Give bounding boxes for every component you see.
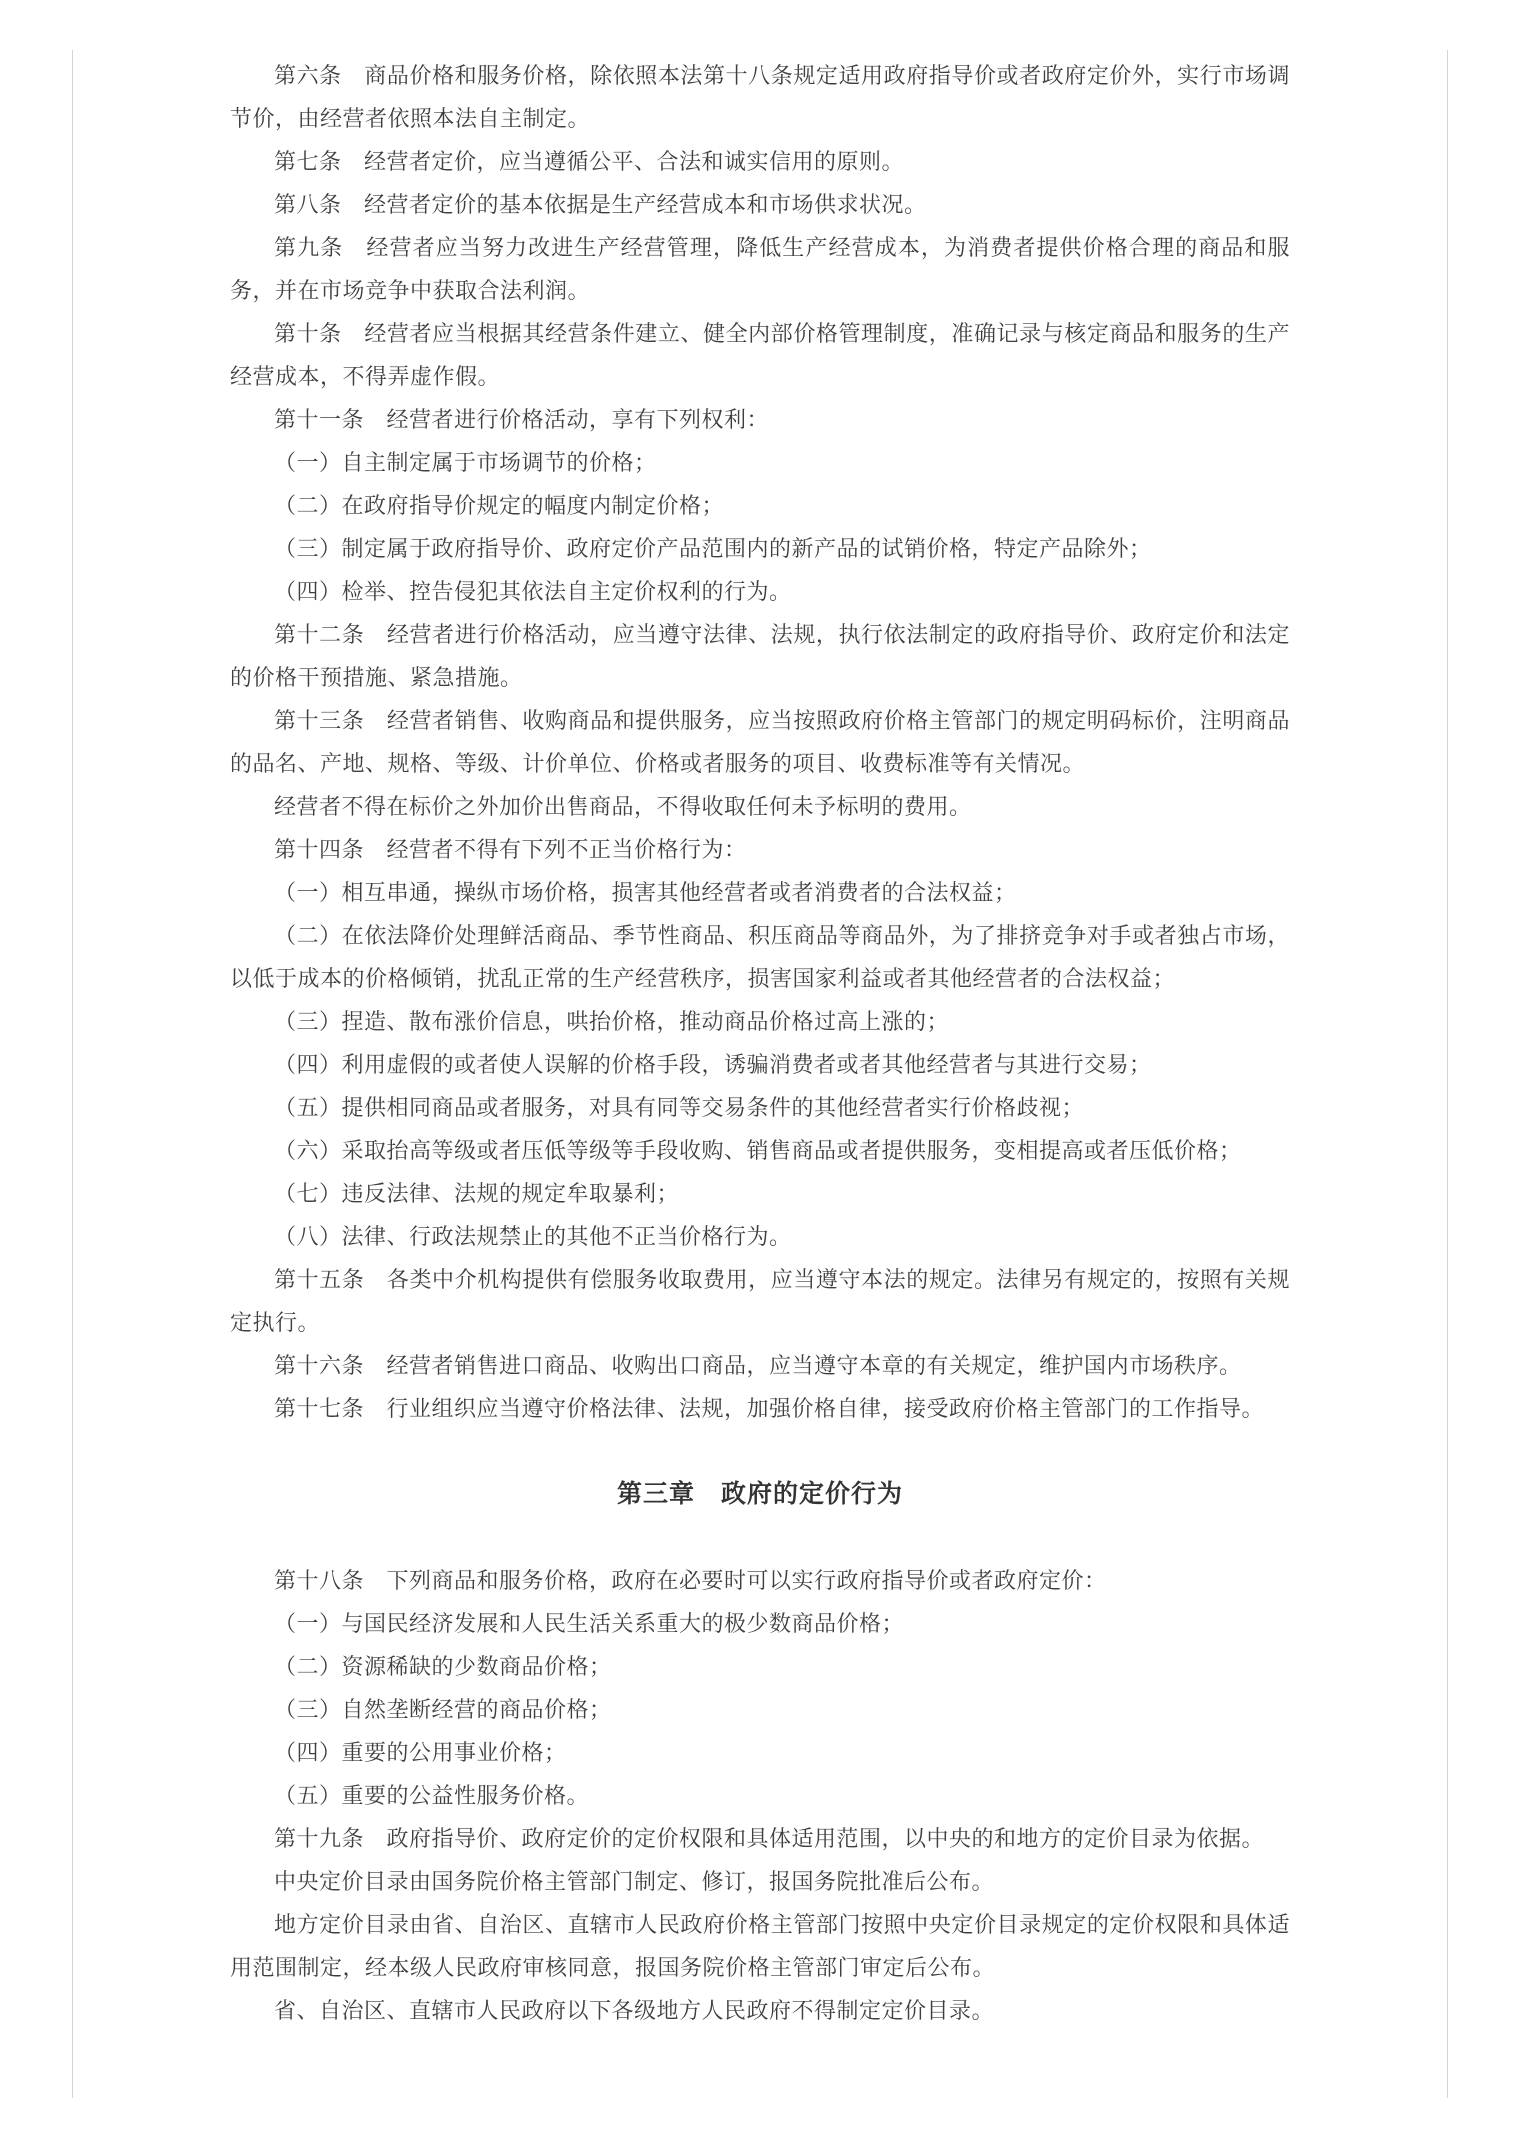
list-item-paragraph: （二）在依法降价处理鲜活商品、季节性商品、积压商品等商品外，为了排挤竞争对手或者… bbox=[230, 914, 1290, 1000]
list-item-paragraph: （一）与国民经济发展和人民生活关系重大的极少数商品价格； bbox=[230, 1602, 1290, 1645]
document-content: 第六条 商品价格和服务价格，除依照本法第十八条规定适用政府指导价或者政府定价外，… bbox=[230, 54, 1290, 2032]
list-item-paragraph: （一）自主制定属于市场调节的价格； bbox=[230, 441, 1290, 484]
list-item-paragraph: （三）自然垄断经营的商品价格； bbox=[230, 1688, 1290, 1731]
article-paragraph: 地方定价目录由省、自治区、直辖市人民政府价格主管部门按照中央定价目录规定的定价权… bbox=[230, 1903, 1290, 1989]
article-paragraph: 第十八条 下列商品和服务价格，政府在必要时可以实行政府指导价或者政府定价： bbox=[230, 1559, 1290, 1602]
chapter-heading: 第三章 政府的定价行为 bbox=[230, 1473, 1290, 1516]
article-paragraph: 第十二条 经营者进行价格活动，应当遵守法律、法规，执行依法制定的政府指导价、政府… bbox=[230, 613, 1290, 699]
article-paragraph: 第十一条 经营者进行价格活动，享有下列权利： bbox=[230, 398, 1290, 441]
article-paragraph: 第七条 经营者定价，应当遵循公平、合法和诚实信用的原则。 bbox=[230, 140, 1290, 183]
list-item-paragraph: （四）检举、控告侵犯其依法自主定价权利的行为。 bbox=[230, 570, 1290, 613]
article-paragraph: 第十六条 经营者销售进口商品、收购出口商品，应当遵守本章的有关规定，维护国内市场… bbox=[230, 1344, 1290, 1387]
list-item-paragraph: （八）法律、行政法规禁止的其他不正当价格行为。 bbox=[230, 1215, 1290, 1258]
article-paragraph: 第十七条 行业组织应当遵守价格法律、法规，加强价格自律，接受政府价格主管部门的工… bbox=[230, 1387, 1290, 1430]
article-paragraph: 第十四条 经营者不得有下列不正当价格行为： bbox=[230, 828, 1290, 871]
article-paragraph: 中央定价目录由国务院价格主管部门制定、修订，报国务院批准后公布。 bbox=[230, 1860, 1290, 1903]
article-paragraph: 第八条 经营者定价的基本依据是生产经营成本和市场供求状况。 bbox=[230, 183, 1290, 226]
list-item-paragraph: （三）制定属于政府指导价、政府定价产品范围内的新产品的试销价格，特定产品除外； bbox=[230, 527, 1290, 570]
article-paragraph: 第十条 经营者应当根据其经营条件建立、健全内部价格管理制度，准确记录与核定商品和… bbox=[230, 312, 1290, 398]
article-paragraph: 第十五条 各类中介机构提供有偿服务收取费用，应当遵守本法的规定。法律另有规定的，… bbox=[230, 1258, 1290, 1344]
article-paragraph: 经营者不得在标价之外加价出售商品，不得收取任何未予标明的费用。 bbox=[230, 785, 1290, 828]
article-paragraph: 第十三条 经营者销售、收购商品和提供服务，应当按照政府价格主管部门的规定明码标价… bbox=[230, 699, 1290, 785]
article-paragraph: 省、自治区、直辖市人民政府以下各级地方人民政府不得制定定价目录。 bbox=[230, 1989, 1290, 2032]
list-item-paragraph: （三）捏造、散布涨价信息，哄抬价格，推动商品价格过高上涨的； bbox=[230, 1000, 1290, 1043]
list-item-paragraph: （一）相互串通，操纵市场价格，损害其他经营者或者消费者的合法权益； bbox=[230, 871, 1290, 914]
list-item-paragraph: （六）采取抬高等级或者压低等级等手段收购、销售商品或者提供服务，变相提高或者压低… bbox=[230, 1129, 1290, 1172]
list-item-paragraph: （二）资源稀缺的少数商品价格； bbox=[230, 1645, 1290, 1688]
document-page: 第六条 商品价格和服务价格，除依照本法第十八条规定适用政府指导价或者政府定价外，… bbox=[72, 50, 1448, 2098]
list-item-paragraph: （四）利用虚假的或者使人误解的价格手段，诱骗消费者或者其他经营者与其进行交易； bbox=[230, 1043, 1290, 1086]
list-item-paragraph: （四）重要的公用事业价格； bbox=[230, 1731, 1290, 1774]
list-item-paragraph: （二）在政府指导价规定的幅度内制定价格； bbox=[230, 484, 1290, 527]
list-item-paragraph: （五）提供相同商品或者服务，对具有同等交易条件的其他经营者实行价格歧视； bbox=[230, 1086, 1290, 1129]
list-item-paragraph: （七）违反法律、法规的规定牟取暴利； bbox=[230, 1172, 1290, 1215]
article-paragraph: 第九条 经营者应当努力改进生产经营管理，降低生产经营成本，为消费者提供价格合理的… bbox=[230, 226, 1290, 312]
article-paragraph: 第十九条 政府指导价、政府定价的定价权限和具体适用范围，以中央的和地方的定价目录… bbox=[230, 1817, 1290, 1860]
list-item-paragraph: （五）重要的公益性服务价格。 bbox=[230, 1774, 1290, 1817]
article-paragraph: 第六条 商品价格和服务价格，除依照本法第十八条规定适用政府指导价或者政府定价外，… bbox=[230, 54, 1290, 140]
